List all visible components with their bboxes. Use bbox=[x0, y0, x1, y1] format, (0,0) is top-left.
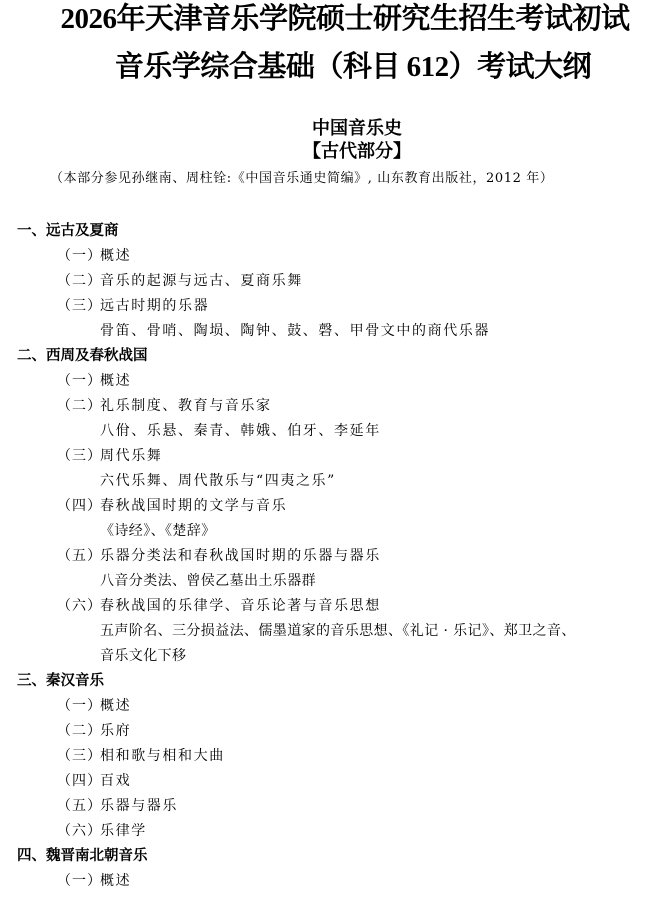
subsection-detail: 骨笛、骨哨、陶埙、陶钟、鼓、磬、甲骨文中的商代乐器 bbox=[0, 319, 670, 344]
subsection-number: （四） bbox=[57, 769, 100, 794]
subsection-text: 周代乐舞 bbox=[100, 448, 162, 464]
subsection-item: （四）百戏 bbox=[0, 769, 670, 794]
subsection-detail: 《诗经》、《楚辞》 bbox=[0, 519, 670, 544]
subsection-detail: 八佾、乐悬、秦青、韩娥、伯牙、李延年 bbox=[0, 419, 670, 444]
document-title-line-2: 音乐学综合基础（科目 612）考试大纲 bbox=[18, 50, 670, 84]
subsection-number: （五） bbox=[57, 794, 100, 819]
part-heading: 【古代部分】 bbox=[22, 141, 670, 163]
subsection-number: （二） bbox=[57, 719, 100, 744]
subsection-text: 概述 bbox=[100, 248, 131, 264]
subsection-detail: 音乐文化下移 bbox=[0, 644, 670, 669]
subsection-number: （二） bbox=[57, 269, 100, 294]
subsection-text: 概述 bbox=[100, 373, 131, 389]
subsection-text: 乐律学 bbox=[100, 823, 147, 839]
subsection-item: （三）周代乐舞 bbox=[0, 444, 670, 469]
subsection-item: （六）乐律学 bbox=[0, 819, 670, 844]
reference-note: （本部分参见孙继南、周柱铨:《中国音乐通史简编》, 山东教育出版社，2012 年… bbox=[50, 170, 553, 188]
subsection-number: （六） bbox=[57, 594, 100, 619]
subsection-text: 音乐的起源与远古、夏商乐舞 bbox=[100, 273, 303, 289]
subsection-item: （五）乐器与器乐 bbox=[0, 794, 670, 819]
section-title: 三、秦汉音乐 bbox=[0, 669, 670, 694]
subsection-item: （一）概述 bbox=[0, 694, 670, 719]
subsection-detail: 五声阶名、三分损益法、儒墨道家的音乐思想、《礼记 · 乐记》、郑卫之音、 bbox=[0, 619, 670, 644]
subsection-item: （二）礼乐制度、教育与音乐家 bbox=[0, 394, 670, 419]
document-title-line-1: 2026年天津音乐学院硕士研究生招生考试初试 bbox=[10, 2, 670, 36]
section-title: 二、西周及春秋战国 bbox=[0, 344, 670, 369]
subsection-number: （四） bbox=[57, 494, 100, 519]
subsection-number: （一） bbox=[57, 244, 100, 269]
subsection-text: 乐器分类法和春秋战国时期的乐器与器乐 bbox=[100, 548, 381, 564]
subsection-text: 概述 bbox=[100, 873, 131, 889]
subsection-item: （一）概述 bbox=[0, 244, 670, 269]
section-title: 一、远古及夏商 bbox=[0, 219, 670, 244]
subsection-number: （一） bbox=[57, 694, 100, 719]
subsection-item: （四）春秋战国时期的文学与音乐 bbox=[0, 494, 670, 519]
subsection-text: 相和歌与相和大曲 bbox=[100, 748, 225, 764]
subject-heading: 中国音乐史 bbox=[22, 118, 670, 140]
section-title: 四、魏晋南北朝音乐 bbox=[0, 844, 670, 869]
subsection-number: （一） bbox=[57, 369, 100, 394]
subsection-item: （六）春秋战国的乐律学、音乐论著与音乐思想 bbox=[0, 594, 670, 619]
subsection-text: 乐府 bbox=[100, 723, 131, 739]
subsection-number: （三） bbox=[57, 444, 100, 469]
subsection-number: （三） bbox=[57, 744, 100, 769]
subsection-item: （三）相和歌与相和大曲 bbox=[0, 744, 670, 769]
subsection-text: 春秋战国的乐律学、音乐论著与音乐思想 bbox=[100, 598, 381, 614]
subsection-item: （二）音乐的起源与远古、夏商乐舞 bbox=[0, 269, 670, 294]
subsection-number: （五） bbox=[57, 544, 100, 569]
subsection-item: （五）乐器分类法和春秋战国时期的乐器与器乐 bbox=[0, 544, 670, 569]
subsection-text: 百戏 bbox=[100, 773, 131, 789]
subsection-number: （一） bbox=[57, 869, 100, 894]
subsection-item: （三）远古时期的乐器 bbox=[0, 294, 670, 319]
subsection-item: （一）概述 bbox=[0, 869, 670, 894]
subsection-number: （三） bbox=[57, 294, 100, 319]
subsection-text: 春秋战国时期的文学与音乐 bbox=[100, 498, 287, 514]
subsection-number: （六） bbox=[57, 819, 100, 844]
subsection-number: （二） bbox=[57, 394, 100, 419]
subsection-detail: 六代乐舞、周代散乐与“四夷之乐” bbox=[0, 469, 670, 494]
subsection-detail: 八音分类法、曾侯乙墓出土乐器群 bbox=[0, 569, 670, 594]
subsection-text: 乐器与器乐 bbox=[100, 798, 178, 814]
subsection-text: 远古时期的乐器 bbox=[100, 298, 209, 314]
subsection-text: 概述 bbox=[100, 698, 131, 714]
subsection-item: （一）概述 bbox=[0, 369, 670, 394]
subsection-item: （二）乐府 bbox=[0, 719, 670, 744]
syllabus-outline: 一、远古及夏商 （一）概述 （二）音乐的起源与远古、夏商乐舞 （三）远古时期的乐… bbox=[0, 219, 670, 894]
subsection-text: 礼乐制度、教育与音乐家 bbox=[100, 398, 272, 414]
